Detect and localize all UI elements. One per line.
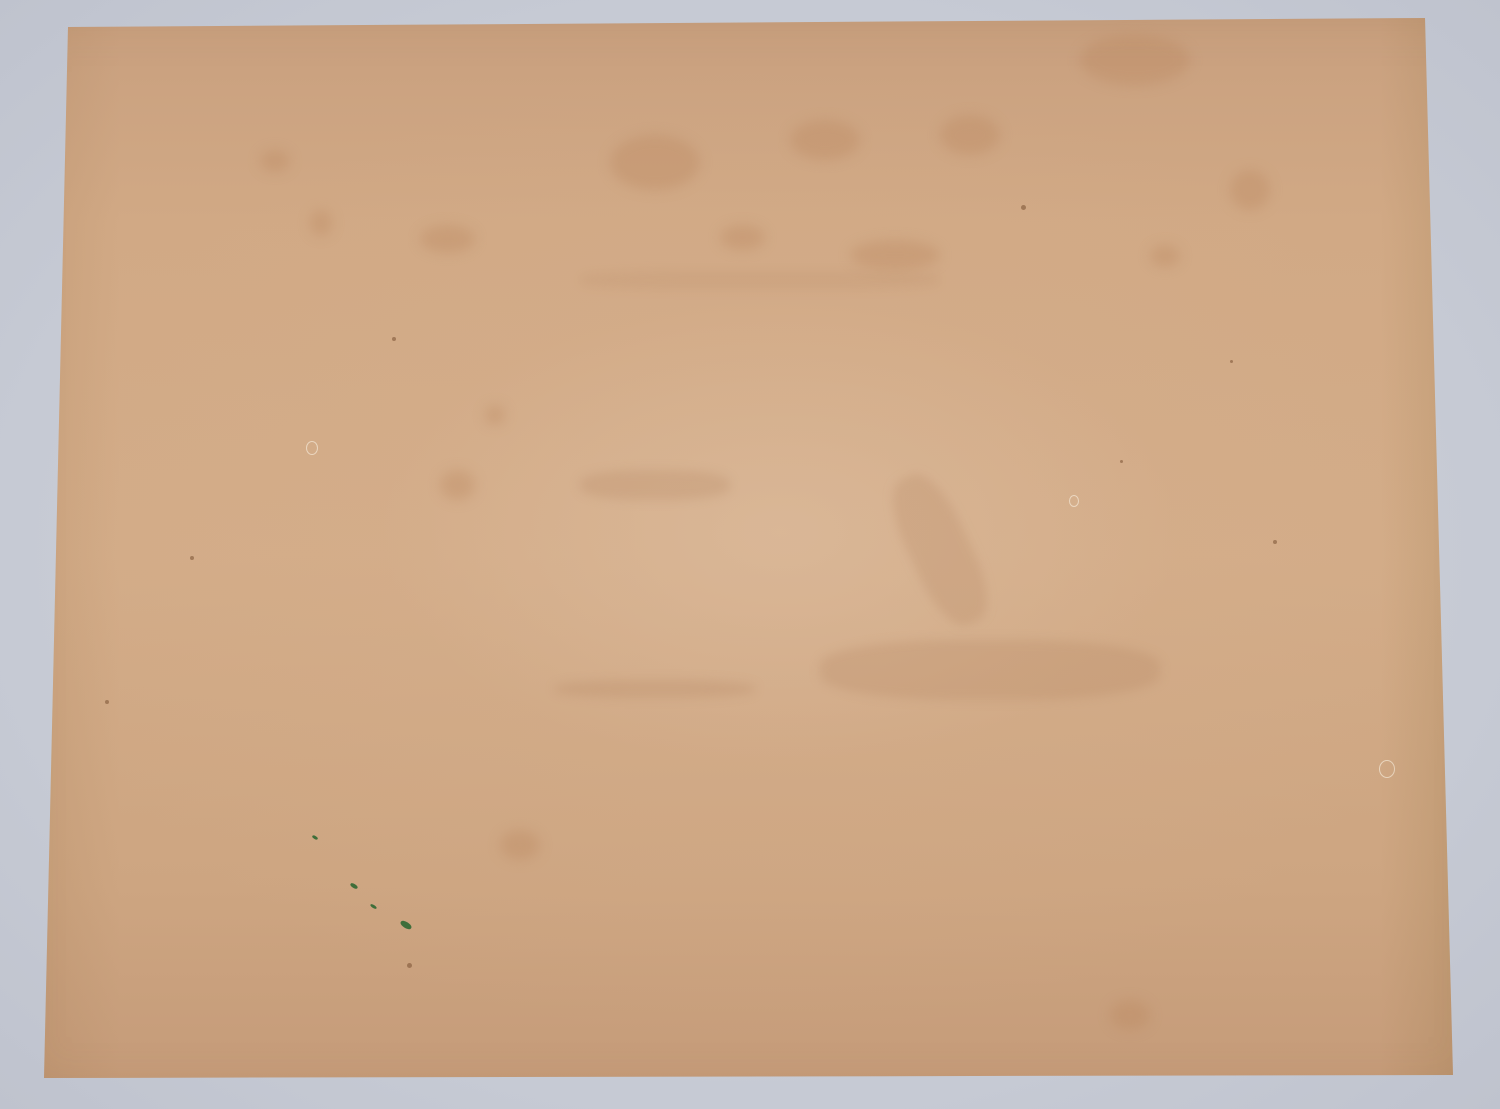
paper-edge-shading <box>0 0 1500 1109</box>
